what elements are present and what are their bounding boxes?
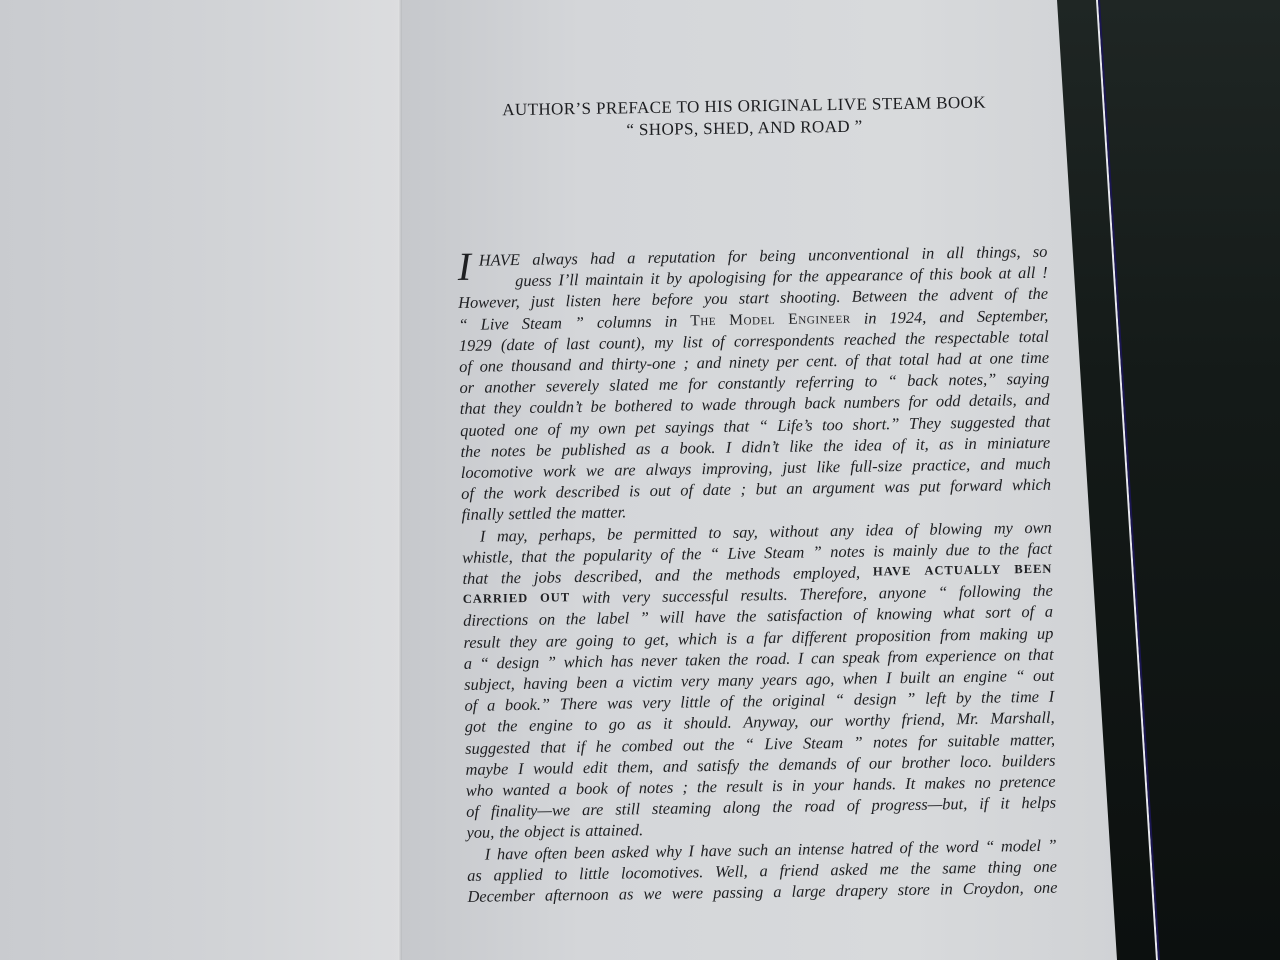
word: experience [925,644,996,666]
word: builders [1002,750,1056,772]
word: numbers [843,391,900,413]
word: ” [1047,834,1056,855]
word: Engineer [788,307,851,329]
word: original [772,690,825,712]
word: design [854,688,897,710]
word: our [810,711,833,733]
word: it [1000,793,1009,814]
word: described [556,481,620,503]
word: improving, [701,457,772,479]
word: the [736,606,756,628]
word: got [465,716,486,738]
word: Life’s [777,414,813,436]
word: applied [493,864,542,886]
word: going [576,629,614,651]
word: described, [574,565,642,587]
word: you [704,288,728,310]
word: and [655,565,680,587]
word: matter, [1010,728,1055,750]
word: book [576,778,608,800]
word: saying [1006,368,1049,390]
word: Steam [522,312,562,334]
word: of [846,753,859,774]
word: maintain [585,268,644,290]
word: odd [936,391,961,413]
word: date [703,479,732,501]
word: finality—we [491,800,571,822]
word: an [774,839,791,860]
word: total [1018,326,1048,348]
word: jobs [534,566,562,588]
word: the [999,538,1019,560]
word: of [660,543,673,564]
word: may, [497,525,528,547]
word: were [672,882,704,904]
word: edit [583,757,608,779]
word: Therefore, [799,583,867,605]
word: the [714,733,734,755]
word: suggested [465,737,530,759]
word: had [590,248,615,270]
word: to [864,371,877,392]
word: by [666,268,682,289]
word: notes,” [948,369,996,391]
word: my [654,331,673,353]
word: a [559,778,568,799]
word: my [570,418,589,440]
word: a [464,653,473,674]
word: the [1033,580,1053,602]
word: thing [988,856,1022,878]
word: satisfy [697,754,739,776]
word: me [659,374,678,396]
word: can [811,647,835,669]
word: a [487,695,496,716]
word: the [905,327,925,349]
word: was [884,476,910,498]
word: the [555,545,575,567]
word: all [1018,262,1036,283]
word: the [772,796,792,818]
word: time [1011,686,1040,708]
drop-cap: I [457,252,471,292]
word: in [964,433,977,454]
word: of [461,483,474,504]
word: Marshall, [990,707,1055,729]
word: Between [851,285,907,307]
word: is [569,821,580,842]
word: HAVE [873,561,912,583]
word: 1929 [459,334,492,356]
word: for [918,730,937,752]
word: for [728,245,747,267]
word: still [615,798,640,820]
word: columns [597,311,652,333]
word: brother [901,751,950,773]
word: one [479,355,503,377]
word: loco. [960,751,993,773]
word: progress—but, [871,793,967,816]
word: too [822,414,843,436]
word: very [681,670,710,692]
word: in [940,878,953,899]
word: the [497,716,517,738]
word: a [627,247,636,268]
word: bothered [614,395,672,417]
word: own [1024,516,1052,538]
word: “ [710,543,719,564]
word: object [524,821,564,843]
word: one [514,418,538,440]
word: an [938,666,955,687]
word: to [978,538,991,559]
word: ” [906,688,915,709]
word: “ [985,835,994,856]
word: permitted [634,522,697,544]
word: they [494,397,522,419]
word: Live [480,313,509,335]
word: wanted [502,779,550,801]
word: It [905,773,915,794]
word: me [879,858,898,880]
word: work [513,482,546,504]
word: Model [729,309,775,331]
word: when [843,668,878,690]
word: details, [969,390,1017,412]
word: last [566,333,590,355]
word: be [536,439,552,460]
word: our [869,752,892,774]
word: out [683,734,704,756]
word: taken [685,649,721,671]
word: store [898,879,931,901]
word: model [1001,835,1041,857]
word: list [682,331,702,353]
word: the [697,776,717,798]
word: who [466,780,494,802]
word: HAVE [479,249,520,271]
word: I [688,840,694,861]
word: intense [797,838,844,860]
word: very [622,586,651,608]
word: September, [977,304,1049,326]
word: of [712,331,725,352]
word: go [609,714,626,735]
word: satisfaction [767,604,843,626]
word: speak [842,646,880,668]
word: you, [466,822,494,844]
word: back [907,370,938,392]
word: why [655,840,682,862]
word: hands. [853,773,897,795]
word: never [641,649,678,671]
word: and [663,755,688,777]
word: are [582,799,604,821]
word: in [792,775,805,796]
word: thirty-one [611,353,676,375]
word: it [663,713,672,734]
word: in [921,242,934,263]
word: say, [733,521,758,543]
word: and [980,453,1005,475]
word: I [798,647,804,668]
word: put [919,476,940,498]
word: Well, [715,860,748,882]
word: December [467,885,535,907]
word: get, [644,628,668,650]
word: all [946,242,964,263]
word: I [886,667,892,688]
word: like [816,456,840,478]
word: be [590,396,606,417]
word: idea [854,434,883,456]
word: along [723,797,761,819]
word: I [480,525,486,546]
word: knowing [876,603,932,625]
word: makes [924,772,965,794]
word: pet [635,417,655,439]
word: BEEN [1014,559,1052,581]
word: anyone [879,582,927,604]
word: engine [963,665,1007,687]
word: as [637,713,652,734]
word: or [459,377,474,398]
word: They [909,412,941,434]
word: far [763,627,782,649]
word: per [776,351,798,373]
word: the [823,435,843,457]
word: on [539,609,556,630]
word: in [864,307,877,328]
word: idea [865,519,894,541]
word: friend, [901,709,945,731]
word: that [462,568,488,590]
word: of [466,801,479,822]
word: a [1045,601,1054,622]
word: to [584,714,597,735]
word: is [629,480,640,501]
word: blowing [929,517,982,539]
word: of [544,333,557,354]
word: book [960,263,992,285]
word: proposition [856,624,931,646]
word: having [523,672,568,694]
word: and [696,352,721,374]
word: just [531,291,555,313]
word: that [723,415,749,437]
word: the [728,648,748,670]
word: making [979,623,1028,645]
word: a [773,881,782,902]
word: very [642,692,671,714]
word: maybe [465,758,508,780]
word: “ [758,415,767,436]
word: shooting. [780,286,841,308]
word: ” [853,731,862,752]
word: the [460,440,480,462]
word: drapery [836,879,888,901]
word: the [749,754,769,776]
word: another [484,376,535,398]
word: as [467,865,482,886]
word: engine [529,715,573,737]
word: to [708,522,721,543]
word: miniature [987,432,1050,454]
word: the [799,266,819,288]
word: the [566,608,586,630]
word: we [586,460,605,481]
word: victim [632,671,672,693]
word: ! [1042,262,1048,283]
word: road. [756,648,791,670]
word: things, [976,241,1020,263]
word: at [998,262,1011,283]
word: road [804,795,835,817]
word: following [959,580,1021,602]
word: will [659,607,684,629]
word: Live [764,732,793,754]
word: “ [745,733,754,754]
word: any [830,519,854,541]
word: have [700,839,731,861]
word: had [937,348,962,370]
word: advent [949,284,993,306]
word: own [598,417,626,439]
word: often [534,842,567,864]
word: label [596,608,629,630]
word: word [945,836,978,858]
word: the [1028,283,1048,305]
word: little [579,863,609,885]
word: it, [915,433,929,454]
word: unconventional [808,243,909,266]
word: through [744,393,796,415]
word: result [726,775,763,797]
word: attained. [585,820,643,842]
word: which [564,651,603,673]
word: argument [812,477,875,499]
word: Croydon, [963,877,1024,899]
word: like [789,435,813,457]
word: CARRIED [463,588,529,610]
word: one [989,347,1013,369]
word: them, [617,756,653,778]
word: that [1028,644,1054,666]
word: before [652,289,694,311]
word: they [509,630,537,652]
word: notes [639,777,674,799]
word: published [562,438,626,460]
word: ” [547,651,556,672]
word: OUT [540,588,570,610]
word: I [1049,686,1055,707]
word: employed, [793,562,860,584]
word: referring [795,371,854,393]
word: being [759,245,796,267]
word: 1924, [889,306,926,328]
word: as [939,433,954,454]
word: this [929,263,953,285]
word: constantly [718,372,786,394]
word: short.” [852,413,899,435]
word: and [939,306,964,328]
word: always [532,248,578,270]
word: of [905,518,918,539]
word: to [680,395,693,416]
word: the [483,483,503,505]
word: passing [713,881,763,903]
word: is [726,627,737,648]
word: popularity [583,544,652,566]
word: to [623,629,636,650]
word: the [681,543,701,565]
word: for [773,266,792,288]
word: couldn’t [529,396,582,418]
word: ” [640,607,649,628]
word: for [908,391,927,413]
word: guess [515,270,552,292]
word: book. [679,437,715,459]
word: years [761,669,797,691]
word: for [688,373,707,395]
left-page-blank [0,0,402,960]
word: afternoon [545,884,609,906]
word: ago, [805,668,834,690]
word: the [742,691,762,713]
word: to [554,863,567,884]
word: directions [463,609,528,631]
word: with [582,587,611,609]
word: listen [565,290,601,312]
word: Steam [803,732,843,754]
word: is [873,540,884,561]
word: result [463,631,500,653]
word: hatred [851,837,894,859]
word: little [680,691,710,713]
word: should. [684,712,732,734]
word: However, [458,291,520,313]
word: of [617,777,630,798]
word: cent. [806,350,838,372]
word: Live [727,542,756,564]
word: much [1015,453,1051,475]
word: severely [546,375,599,397]
word: apologising [688,266,766,288]
word: Steam [764,541,804,563]
word: are [546,630,568,652]
word: is [772,775,783,796]
word: back [804,392,835,414]
word: without [769,520,819,542]
word: large [791,880,825,902]
word: of [892,434,905,455]
word: locomotives. [621,861,704,883]
word: ninety [729,351,769,373]
word: asked [611,841,649,863]
word: have [695,606,726,628]
word: of [459,356,472,377]
word: by [956,687,972,708]
word: suggested [950,411,1015,433]
word: fact [1027,538,1052,560]
word: as [619,883,634,904]
word: I [485,843,491,864]
word: the [499,822,519,844]
word: I [726,437,732,458]
word: of [720,691,733,712]
word: are [614,459,636,481]
word: sayings [665,416,715,438]
